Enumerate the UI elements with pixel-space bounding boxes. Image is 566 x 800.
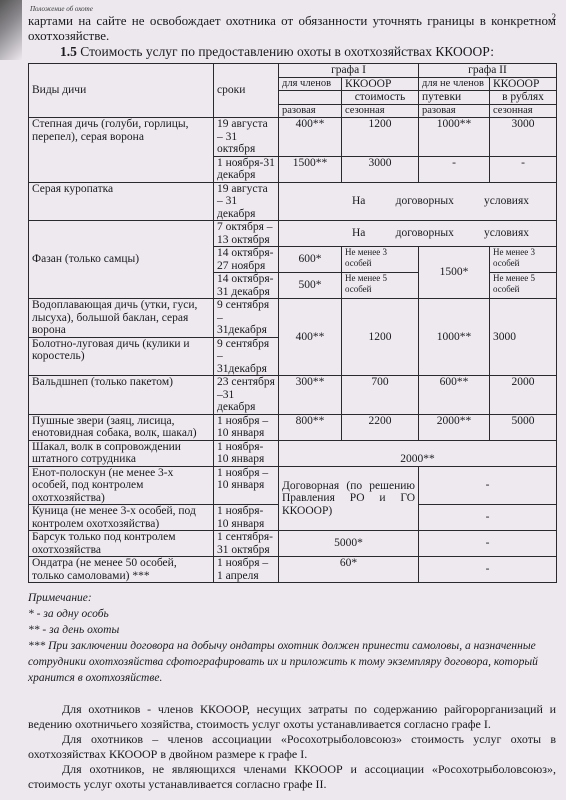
header-cost-right: в рублях <box>490 91 557 105</box>
table-row: Пушные звери (заяц, лисица, енотовидная … <box>29 414 557 440</box>
g1-season-cell: 1200 <box>342 118 419 157</box>
species-cell: Шакал, волк в сопровождении штатного сот… <box>29 440 214 466</box>
g1-single-cell: 400** <box>279 299 342 376</box>
g2-note-cell: Не менее 3 особей <box>490 247 557 273</box>
g2-single-cell: - <box>419 156 490 182</box>
page-fold-shadow <box>0 0 22 60</box>
g1-cell: 5000* <box>279 531 419 557</box>
species-cell: Болотно-луговая дичь (кулики и коростель… <box>29 337 214 376</box>
table-row: Барсук только под контролем охотхозяйств… <box>29 531 557 557</box>
g2-season-cell: 5000 <box>490 414 557 440</box>
g1-single-cell: 300** <box>279 376 342 415</box>
g2-single-cell: 1000** <box>419 299 490 376</box>
negotiated-cell: На договорных условиях <box>279 182 557 221</box>
species-cell: Куница (не менее 3-х особей, под контрол… <box>29 505 214 531</box>
g1-single-cell: 1500** <box>279 156 342 182</box>
species-cell: Ондатра (не менее 50 особей, только само… <box>29 557 214 583</box>
terms-cell: 7 октября – 13 октября <box>214 221 279 247</box>
g2-cell: - <box>419 531 557 557</box>
header-species: Виды дичи <box>29 64 214 118</box>
species-cell: Водоплавающая дичь (утки, гуси, лысуха),… <box>29 299 214 338</box>
section-number: 1.5 <box>60 44 77 59</box>
g2-season-cell: - <box>490 156 557 182</box>
g2-single-cell: 1500* <box>419 247 490 299</box>
table-row: Водоплавающая дичь (утки, гуси, лысуха),… <box>29 299 557 338</box>
terms-cell: 23 сентября –31 декабря <box>214 376 279 415</box>
g1-season-cell: 1200 <box>342 299 419 376</box>
header-cost-mid: путевки <box>419 91 490 105</box>
paragraph: Для охотников - членов ККОООР, несущих з… <box>28 702 556 732</box>
g2-cell: - <box>419 466 557 505</box>
terms-cell: 1 ноября- 10 января <box>214 440 279 466</box>
species-cell: Енот-полоскун (не менее 3-х особей, под … <box>29 466 214 505</box>
section-title-text: Стоимость услуг по предоставлению охоты … <box>80 44 494 59</box>
note-item: *** При заключении договора на добычу он… <box>28 638 558 686</box>
body-paragraphs: Для охотников - членов ККОООР, несущих з… <box>28 702 556 792</box>
header-cost-left: стоимость <box>342 91 419 105</box>
g1-cell: 60* <box>279 557 419 583</box>
header-season-1: сезонная <box>342 104 419 118</box>
g1-single-cell: 600* <box>279 247 342 273</box>
table-row: Шакал, волк в сопровождении штатного сот… <box>29 440 557 466</box>
paragraph: Для охотников, не являющихся членами ККО… <box>28 762 556 792</box>
species-cell: Вальдшнеп (только пакетом) <box>29 376 214 415</box>
g1-season-cell: 700 <box>342 376 419 415</box>
terms-cell: 1 ноября – 10 января <box>214 414 279 440</box>
negotiated-cell: На договорных условиях <box>279 221 557 247</box>
g2-note-cell: Не менее 5 особей <box>490 273 557 299</box>
table-row: Ондатра (не менее 50 особей, только само… <box>29 557 557 583</box>
terms-cell: 1 ноября – 10 января <box>214 466 279 505</box>
g2-cell: - <box>419 505 557 531</box>
section-title: 1.5 Стоимость услуг по предоставлению ох… <box>60 44 494 60</box>
species-cell: Барсук только под контролем охотхозяйств… <box>29 531 214 557</box>
g1-single-cell: 400** <box>279 118 342 157</box>
terms-cell: 14 октября- 31 декабря <box>214 273 279 299</box>
g2-single-cell: 1000** <box>419 118 490 157</box>
terms-cell: 1 ноября – 1 апреля <box>214 557 279 583</box>
g2-single-cell: 2000** <box>419 414 490 440</box>
g2-cell: - <box>419 557 557 583</box>
header-grafa-2: графа II <box>419 64 557 78</box>
intro-text: картами на сайте не освобождает охотника… <box>28 13 556 43</box>
all-price-cell: 2000** <box>279 440 557 466</box>
header-single-1: разовая <box>279 104 342 118</box>
terms-cell: 1 ноября-31 декабря <box>214 156 279 182</box>
species-cell: Пушные звери (заяц, лисица, енотовидная … <box>29 414 214 440</box>
header-cost-blank <box>279 91 342 105</box>
note-item: ** - за день охоты <box>28 622 558 638</box>
g1-single-cell: 800** <box>279 414 342 440</box>
g2-season-cell: 3000 <box>490 118 557 157</box>
notes-block: Примечание: * - за одну особь ** - за де… <box>28 590 558 686</box>
header-nonmembers-left: для не членов <box>419 77 490 91</box>
paragraph: Для охотников – членов ассоциации «Росох… <box>28 732 556 762</box>
header-members-left: для членов <box>279 77 342 91</box>
g2-season-cell: 3000 <box>490 299 557 376</box>
header-nonmembers-right: ККОООР <box>490 77 557 91</box>
note-item: * - за одну особь <box>28 606 558 622</box>
g2-season-cell: 2000 <box>490 376 557 415</box>
g1-season-cell: 3000 <box>342 156 419 182</box>
g1-contract-cell: Договорная (по решению Правления РО и ГО… <box>279 466 419 531</box>
terms-cell: 19 августа – 31 октября <box>214 118 279 157</box>
species-cell: Серая куропатка <box>29 182 214 221</box>
header-single-2: разовая <box>419 104 490 118</box>
header-members-right: ККОООР <box>342 77 419 91</box>
header-terms: сроки <box>214 64 279 118</box>
terms-cell: 9 сентября – 31декабря <box>214 337 279 376</box>
g2-single-cell: 600** <box>419 376 490 415</box>
table-row: Вальдшнеп (только пакетом) 23 сентября –… <box>29 376 557 415</box>
header-season-2: сезонная <box>490 104 557 118</box>
terms-cell: 14 октября- 27 ноября <box>214 247 279 273</box>
terms-cell: 1 ноября- 10 января <box>214 505 279 531</box>
table-row: Енот-полоскун (не менее 3-х особей, под … <box>29 466 557 505</box>
header-row-1: Виды дичи сроки графа I графа II <box>29 64 557 78</box>
terms-cell: 1 сентября- 31 октября <box>214 531 279 557</box>
g1-single-cell: 500* <box>279 273 342 299</box>
terms-cell: 19 августа – 31 декабря <box>214 182 279 221</box>
species-cell: Степная дичь (голуби, горлицы, перепел),… <box>29 118 214 183</box>
price-table: Виды дичи сроки графа I графа II для чле… <box>28 63 557 583</box>
g1-note-cell: Не менее 3 особей <box>342 247 419 273</box>
species-cell: Фазан (только самцы) <box>29 221 214 299</box>
notes-title: Примечание: <box>28 590 558 606</box>
running-title: Положение об охоте <box>30 5 93 13</box>
table-row: Фазан (только самцы) 7 октября – 13 октя… <box>29 221 557 247</box>
table-row: Серая куропатка 19 августа – 31 декабря … <box>29 182 557 221</box>
table-row: Степная дичь (голуби, горлицы, перепел),… <box>29 118 557 157</box>
header-grafa-1: графа I <box>279 64 419 78</box>
g1-season-cell: 2200 <box>342 414 419 440</box>
terms-cell: 9 сентября – 31декабря <box>214 299 279 338</box>
g1-note-cell: Не менее 5 особей <box>342 273 419 299</box>
